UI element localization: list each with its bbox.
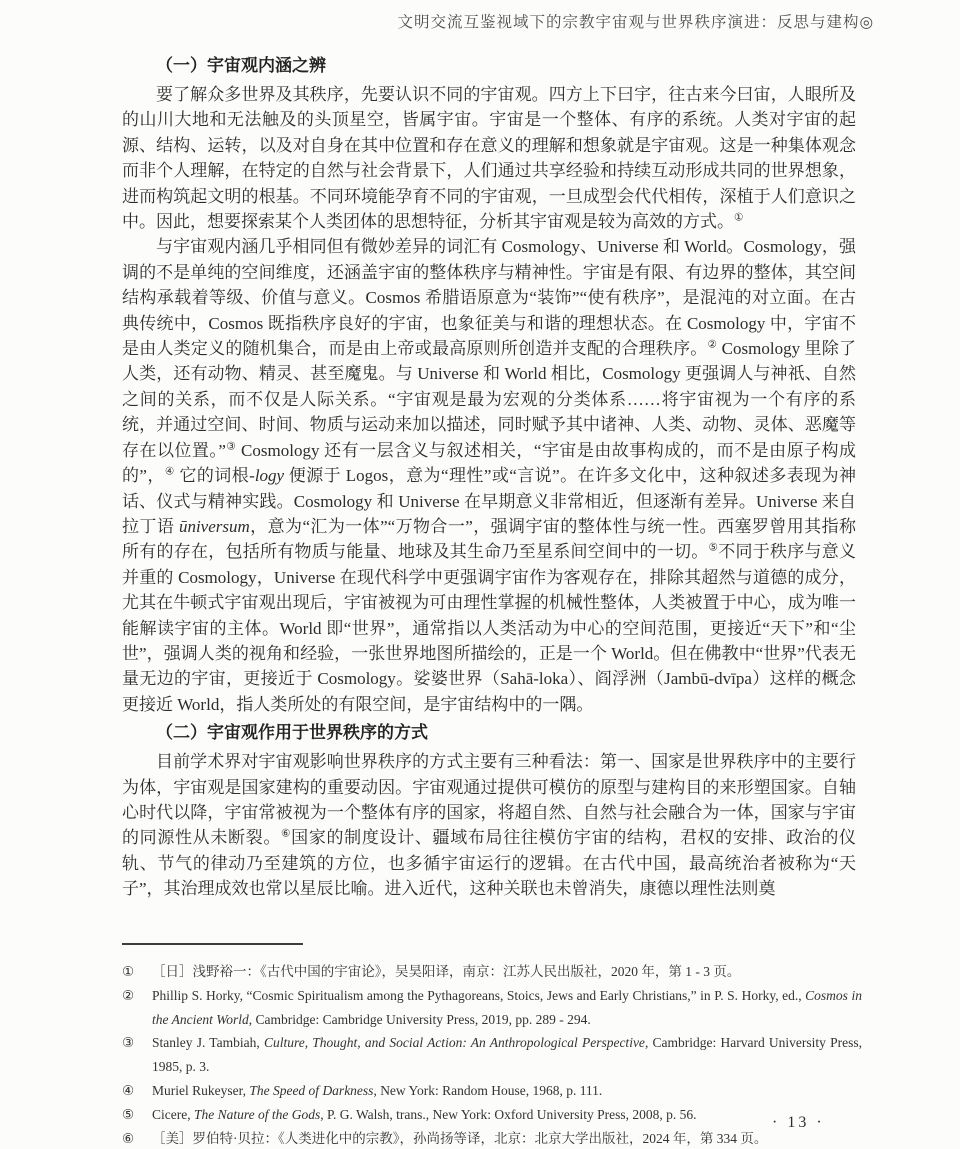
article-body: （一）宇宙观内涵之辨 要了解众多世界及其秩序，先要认识不同的宇宙观。四方上下曰宇…	[122, 50, 856, 902]
footnote-1: ① ［日］浅野裕一：《古代中国的宇宙论》，吴昊阳译，南京：江苏人民出版社，202…	[122, 960, 862, 984]
section-heading-1: （一）宇宙观内涵之辨	[122, 50, 856, 82]
footnote-text: Phillip S. Horky, “Cosmic Spiritualism a…	[152, 984, 862, 1032]
footnote-text: Muriel Rukeyser, The Speed of Darkness, …	[152, 1079, 862, 1103]
footnote-text: ［美］罗伯特·贝拉：《人类进化中的宗教》，孙尚扬等译，北京：北京大学出版社，20…	[152, 1127, 862, 1149]
paragraph-1: 要了解众多世界及其秩序，先要认识不同的宇宙观。四方上下曰宇，往古来今曰宙，人眼所…	[122, 82, 856, 234]
footnote-divider	[122, 943, 303, 945]
footnote-marker: ⑤	[122, 1103, 152, 1127]
footnote-6: ⑥ ［美］罗伯特·贝拉：《人类进化中的宗教》，孙尚扬等译，北京：北京大学出版社，…	[122, 1127, 862, 1149]
footnote-text: ［日］浅野裕一：《古代中国的宇宙论》，吴昊阳译，南京：江苏人民出版社，2020 …	[152, 960, 862, 984]
running-header: 文明交流互鉴视域下的宗教宇宙观与世界秩序演进：反思与建构◎	[397, 10, 874, 32]
footnotes-block: ① ［日］浅野裕一：《古代中国的宇宙论》，吴昊阳译，南京：江苏人民出版社，202…	[122, 960, 862, 1149]
paragraph-3: 目前学术界对宇宙观影响世界秩序的方式主要有三种看法：第一、国家是世界秩序中的主要…	[122, 749, 856, 901]
footnote-marker: ④	[122, 1079, 152, 1103]
footnote-3: ③ Stanley J. Tambiah, Culture, Thought, …	[122, 1031, 862, 1079]
footnote-5: ⑤ Cicere, The Nature of the Gods, P. G. …	[122, 1103, 862, 1127]
footnote-marker: ③	[122, 1031, 152, 1079]
footnote-marker: ⑥	[122, 1127, 152, 1149]
journal-page: 文明交流互鉴视域下的宗教宇宙观与世界秩序演进：反思与建构◎ （一）宇宙观内涵之辨…	[0, 0, 960, 1149]
footnote-text: Cicere, The Nature of the Gods, P. G. Wa…	[152, 1103, 862, 1127]
footnote-4: ④ Muriel Rukeyser, The Speed of Darkness…	[122, 1079, 862, 1103]
paragraph-2: 与宇宙观内涵几乎相同但有微妙差异的词汇有 Cosmology、Universe …	[122, 234, 856, 717]
page-number: · 13 ·	[772, 1114, 825, 1132]
section-heading-2: （二）宇宙观作用于世界秩序的方式	[122, 717, 856, 749]
footnote-text: Stanley J. Tambiah, Culture, Thought, an…	[152, 1031, 862, 1079]
footnote-marker: ②	[122, 984, 152, 1032]
footnote-2: ② Phillip S. Horky, “Cosmic Spiritualism…	[122, 984, 862, 1032]
footnote-marker: ①	[122, 960, 152, 984]
